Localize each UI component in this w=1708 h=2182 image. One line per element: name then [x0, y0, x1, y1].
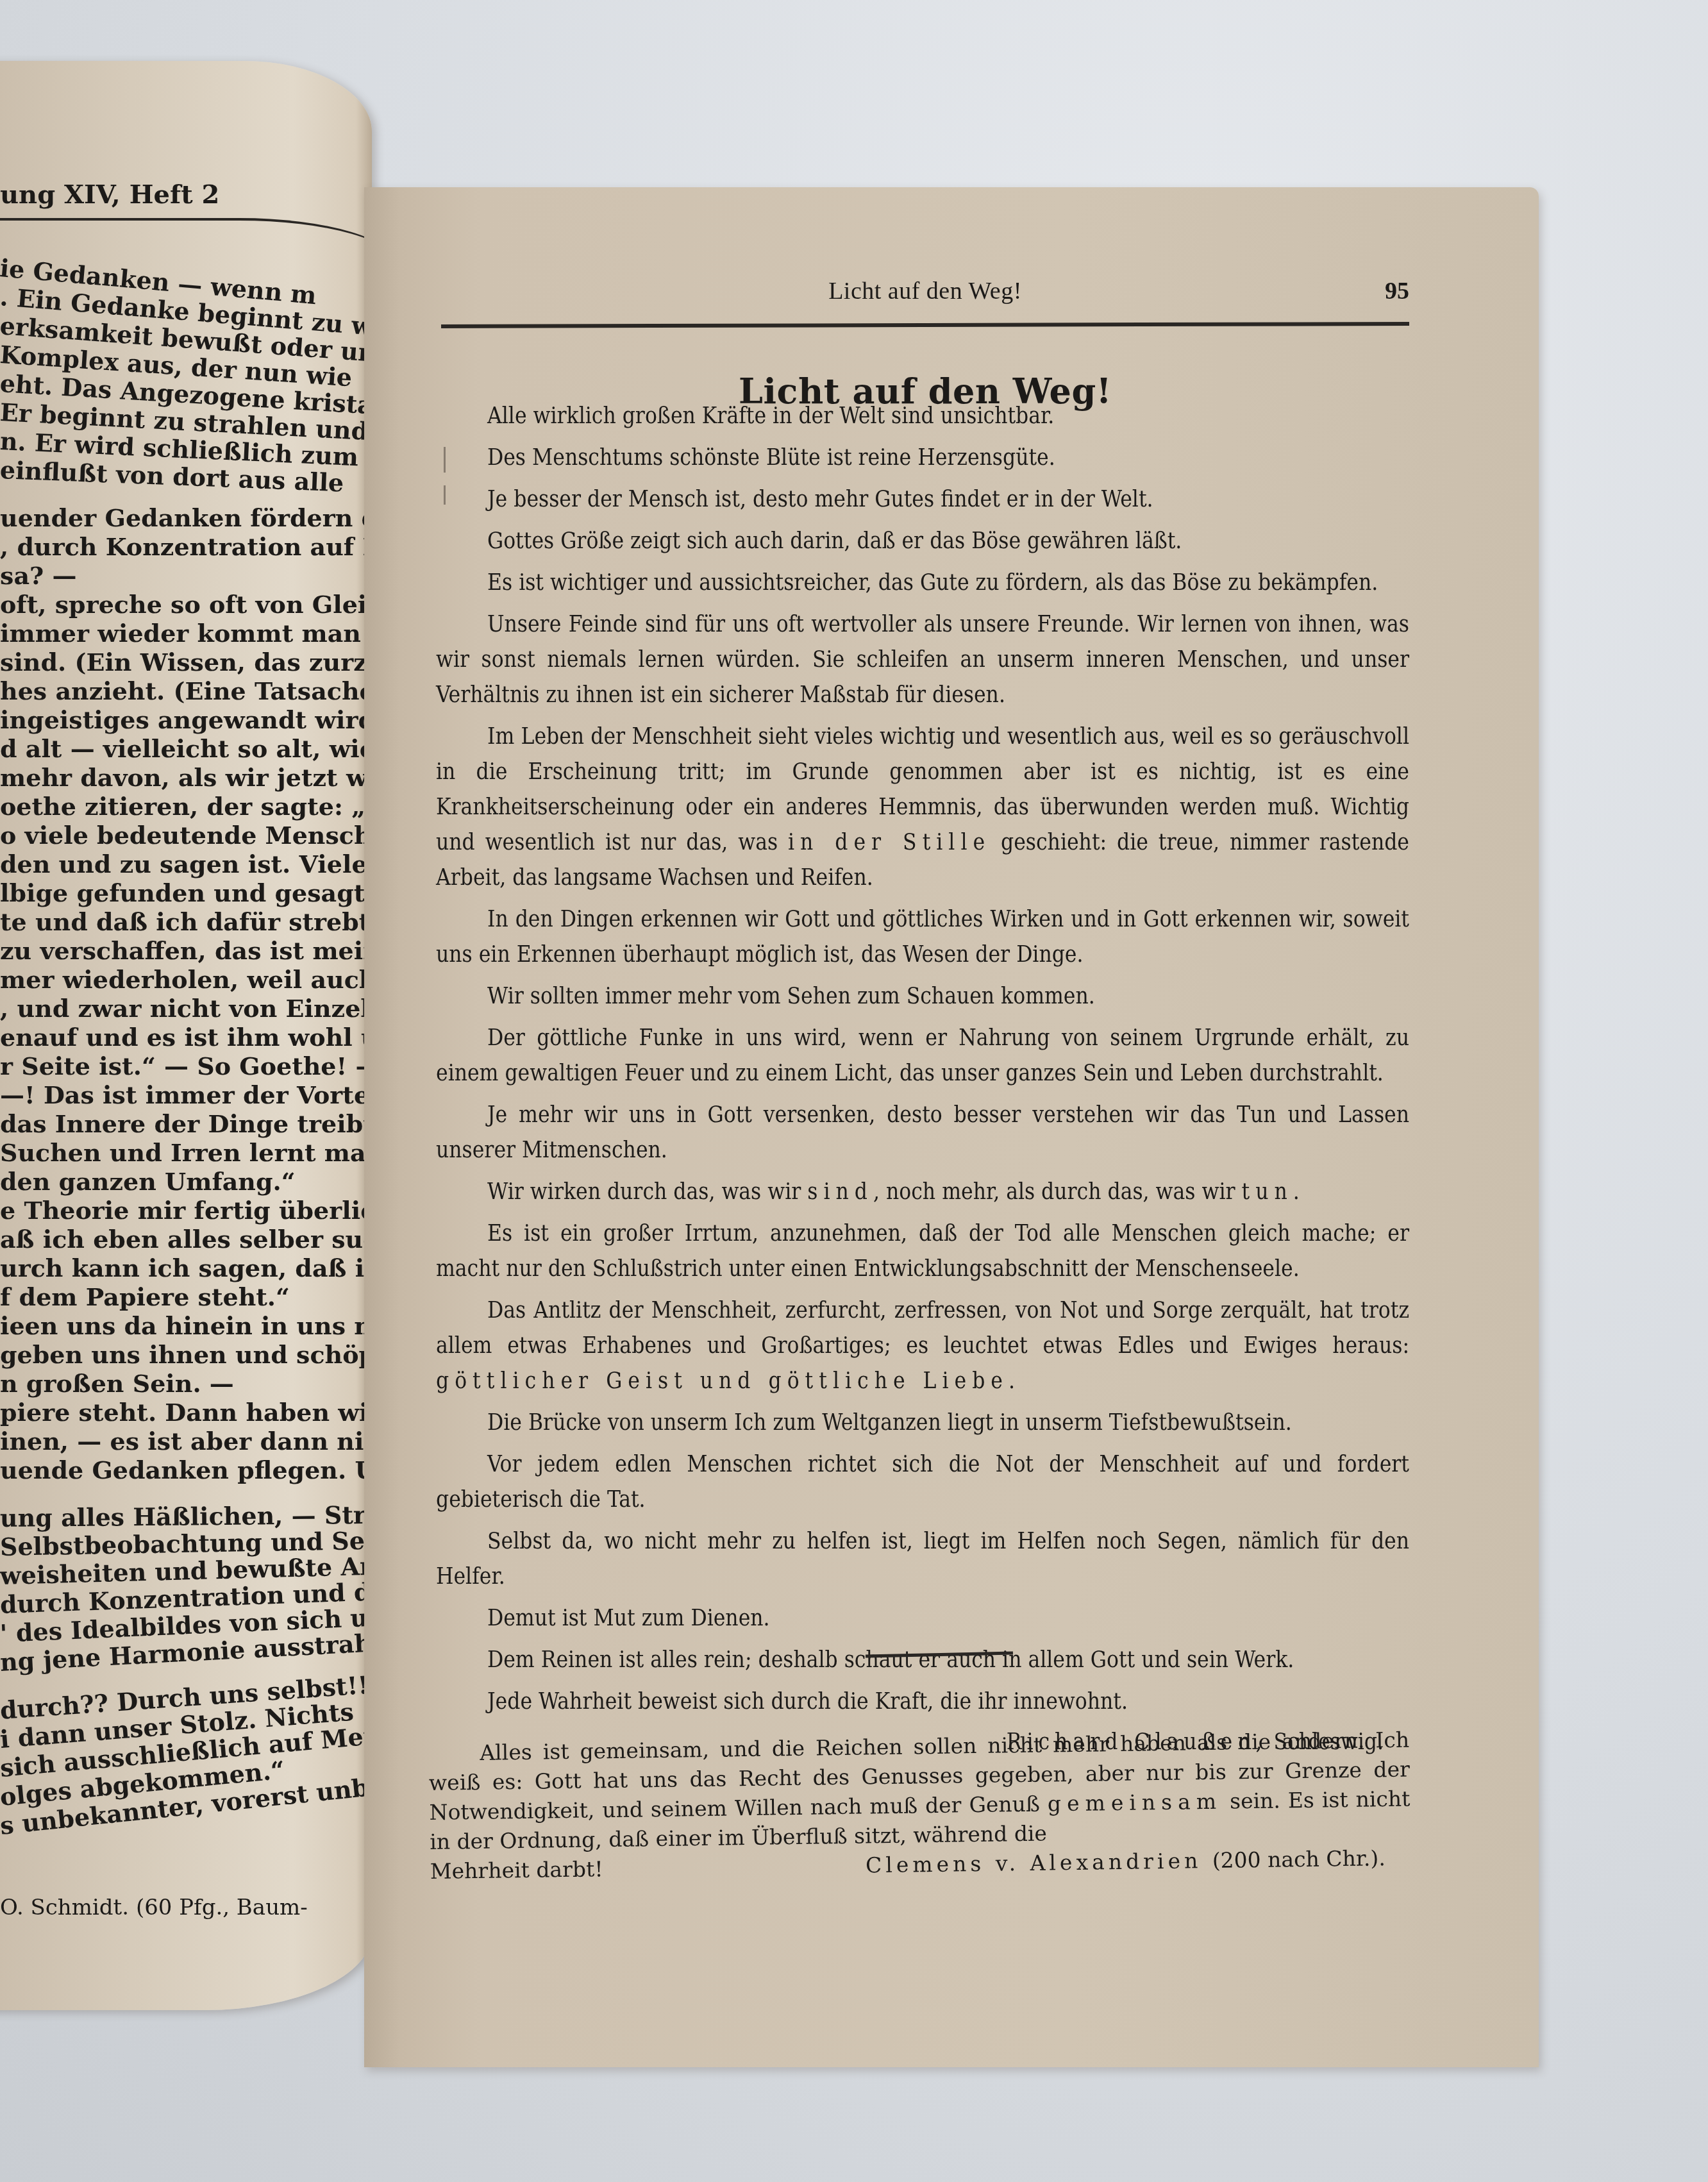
- left-text-line: r Seite ist.“ — So Goethe! —: [0, 1052, 372, 1080]
- emphasis-spaced: tun: [1242, 1179, 1293, 1205]
- closing-quote: Alles ist gemeinsam, und die Reichen sol…: [428, 1725, 1411, 1886]
- left-text-line: n großen Sein. —: [0, 1369, 372, 1398]
- header-rule: [441, 322, 1409, 328]
- left-text-line: d alt — vielleicht so alt, wie d: [0, 734, 372, 763]
- aphorism-paragraph: Jede Wahrheit beweist sich durch die Kra…: [436, 1684, 1409, 1720]
- left-text-line: ieen uns da hinein in uns neu: [0, 1311, 372, 1340]
- aphorism-paragraph: Dem Reinen ist alles rein; deshalb schau…: [436, 1643, 1409, 1678]
- left-text-line: enauf und es ist ihm wohl und: [0, 1023, 372, 1052]
- left-text-line: urch kann ich sagen, daß ich von: [0, 1254, 372, 1282]
- left-text-line: den und zu sagen ist. Viele an: [0, 850, 372, 878]
- left-text-line: immer wieder kommt man zu: [0, 619, 372, 648]
- emphasis-spaced: sind: [807, 1179, 873, 1205]
- aphorism-paragraph: Alle wirklich großen Kräfte in der Welt …: [436, 399, 1409, 434]
- article-body: Alle wirklich großen Kräfte in der Welt …: [436, 399, 1409, 1758]
- left-text-line: uender Gedanken fördern dur: [0, 503, 372, 532]
- right-page: Licht auf den Weg! 95 Licht auf den Weg!…: [364, 187, 1539, 2067]
- aphorism-paragraph: Je besser der Mensch ist, desto mehr Gut…: [436, 482, 1409, 517]
- aphorism-paragraph: Im Leben der Menschheit sieht vieles wic…: [436, 719, 1409, 896]
- left-page-body: ie Gedanken — wenn m. Ein Gedanke beginn…: [0, 253, 372, 1840]
- left-text-line: Suchen und Irren lernt man: [0, 1138, 372, 1167]
- aphorism-paragraph: Wir sollten immer mehr vom Sehen zum Sch…: [436, 979, 1409, 1014]
- left-text-line: inen, — es ist aber dann nicht: [0, 1427, 372, 1456]
- emphasis-spaced: in der Stille: [788, 830, 991, 855]
- quote-emphasis: gemeinsam: [1048, 1789, 1223, 1817]
- aphorism-paragraph: Es ist wichtiger und aussichtsreicher, d…: [436, 566, 1409, 601]
- left-text-line: sa? —: [0, 561, 372, 590]
- emphasis-spaced: göttlicher Geist und göttliche Liebe: [436, 1368, 1009, 1394]
- left-text-line: ingeistiges angewandt wird.): [0, 705, 372, 734]
- left-text-line: uende Gedanken pflegen. Und: [0, 1456, 372, 1484]
- left-text-line: te und daß ich dafür strebte, i: [0, 907, 372, 936]
- aphorism-paragraph: Der göttliche Funke in uns wird, wenn er…: [436, 1021, 1409, 1091]
- left-page: ung XIV, Heft 2 ie Gedanken — wenn m. Ei…: [0, 61, 372, 2010]
- left-text-line: das Innere der Dinge treibt.: [0, 1109, 372, 1138]
- left-text-line: aß ich eben alles selber suchen: [0, 1225, 372, 1254]
- left-text-line: oft, spreche so oft von Gleich: [0, 590, 372, 619]
- page-number: 95: [1385, 277, 1409, 305]
- aphorism-paragraph: Wir wirken durch das, was wir sind, noch…: [436, 1175, 1409, 1210]
- aphorism-paragraph: Je mehr wir uns in Gott versenken, desto…: [436, 1098, 1409, 1168]
- left-text-line: sind. (Ein Wissen, das zurz: [0, 648, 372, 676]
- aphorism-paragraph: Des Menschtums schönste Blüte ist reine …: [436, 441, 1409, 476]
- running-title: Licht auf den Weg!: [441, 277, 1409, 305]
- aphorism-paragraph: Gottes Größe zeigt sich auch darin, daß …: [436, 524, 1409, 559]
- left-text-line: geben uns ihnen und schöpfen: [0, 1340, 372, 1369]
- left-text-line: e Theorie mir fertig überliefert: [0, 1196, 372, 1225]
- aphorism-paragraph: Unsere Feinde sind für uns oft wertvolle…: [436, 607, 1409, 713]
- left-text-line: piere steht. Dann haben wir's: [0, 1398, 372, 1427]
- left-text-line: mehr davon, als wir jetzt wissen: [0, 763, 372, 792]
- aphorism-paragraph: Die Brücke von unserm Ich zum Weltganzen…: [436, 1406, 1409, 1441]
- aphorism-paragraph: Vor jedem edlen Menschen richtet sich di…: [436, 1447, 1409, 1518]
- aphorism-paragraph: Selbst da, wo nicht mehr zu helfen ist, …: [436, 1524, 1409, 1595]
- left-text-line: oethe zitieren, der sagte: „D: [0, 792, 372, 821]
- text-run: Das Antlitz der Menschheit, zerfurcht, z…: [436, 1298, 1409, 1359]
- left-text-line: mer wiederholen, weil auch der: [0, 965, 372, 994]
- left-text-line: zu verschaffen, das ist mein: [0, 936, 372, 965]
- text-run: Wir wirken durch das, was wir: [487, 1179, 807, 1205]
- left-text-line: o viele bedeutende Menschen g: [0, 821, 372, 850]
- text-run: , noch mehr, als durch das, was wir: [873, 1179, 1242, 1205]
- text-run: .: [1293, 1179, 1300, 1205]
- left-text-line: , durch Konzentration auf He: [0, 532, 372, 561]
- aphorism-paragraph: Das Antlitz der Menschheit, zerfurcht, z…: [436, 1293, 1409, 1399]
- text-run: .: [1009, 1368, 1015, 1394]
- left-text-line: —! Das ist immer der Vorteil: [0, 1080, 372, 1109]
- aphorism-paragraph: Es ist ein großer Irrtum, anzunehmen, da…: [436, 1216, 1409, 1287]
- aphorism-paragraph: In den Dingen erkennen wir Gott und gött…: [436, 902, 1409, 973]
- running-head: Licht auf den Weg! 95: [441, 277, 1409, 322]
- left-text-line: lbige gefunden und gesagt, aber: [0, 878, 372, 907]
- aphorism-paragraph: Demut ist Mut zum Dienen.: [436, 1601, 1409, 1636]
- left-running-head: ung XIV, Heft 2: [0, 180, 219, 210]
- left-page-footer: O. Schmidt. (60 Pfg., Baum-: [0, 1895, 308, 1920]
- left-text-line: den ganzen Umfang.“: [0, 1167, 372, 1196]
- quote-last-line: Mehrheit darbt!: [430, 1854, 603, 1886]
- quote-text: Alles ist gemeinsam, und die Reichen sol…: [428, 1725, 1411, 1857]
- left-text-line: hes anzieht. (Eine Tatsache, d: [0, 676, 372, 705]
- left-text-line: , und zwar nicht von Einzelnen,: [0, 994, 372, 1023]
- left-text-line: f dem Papiere steht.“: [0, 1282, 372, 1311]
